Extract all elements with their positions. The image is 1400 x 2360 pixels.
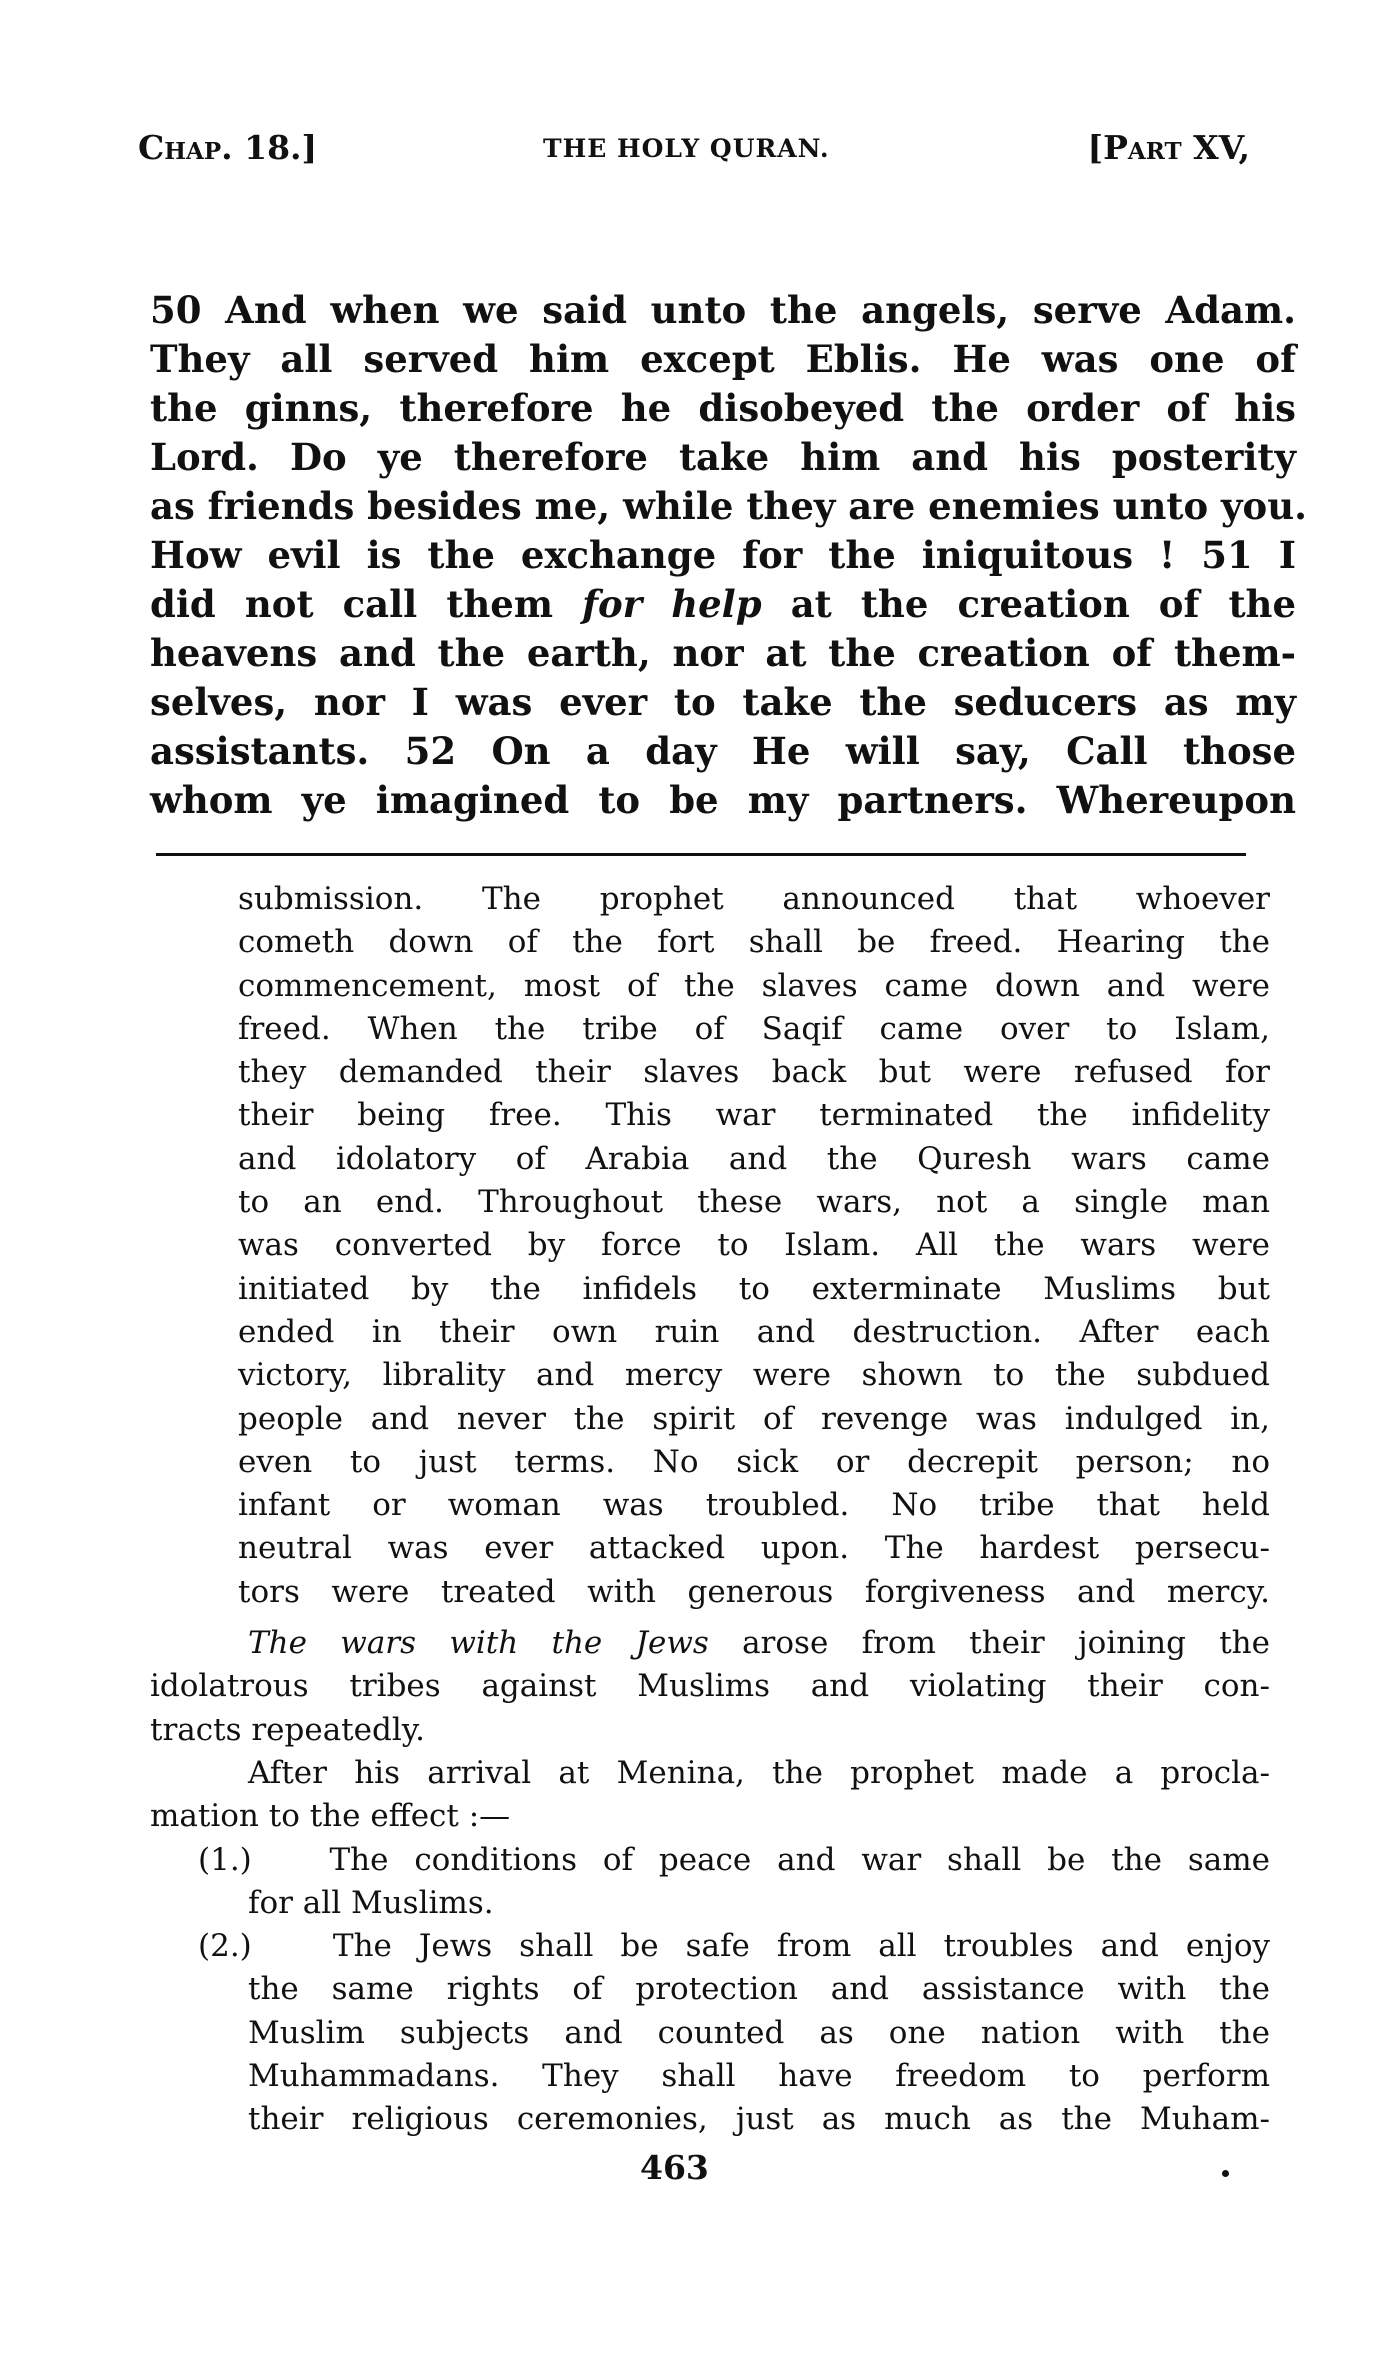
verse-line: 50 And when we said unto the angels, ser…: [150, 286, 1296, 335]
text-segment: arose from their joining the: [709, 1625, 1270, 1661]
italic-segment: for help: [582, 582, 762, 626]
part-label: [Part XV,: [1087, 128, 1250, 167]
footnote-text: submission. The prophet announced that w…: [150, 878, 1270, 2142]
footnote-divider: [156, 853, 1246, 856]
note-line: After his arrival at Menina, the prophet…: [150, 1752, 1270, 1795]
note-line: cometh down of the fort shall be freed. …: [150, 921, 1270, 964]
print-speck: [1222, 2170, 1229, 2177]
note-line: their being free. This war terminated th…: [150, 1094, 1270, 1137]
note-line: their religious ceremonies, just as much…: [150, 2098, 1270, 2141]
note-line: infant or woman was troubled. No tribe t…: [150, 1484, 1270, 1527]
text-segment: at the creation of the: [762, 582, 1296, 626]
verse-line: Lord. Do ye therefore take him and his p…: [150, 433, 1296, 482]
item-number: (1.): [198, 1842, 252, 1878]
verse-line: assistants. 52 On a day He will say, Cal…: [150, 727, 1296, 776]
note-line: submission. The prophet announced that w…: [150, 878, 1270, 921]
main-verse-text: 50 And when we said unto the angels, ser…: [150, 286, 1296, 825]
note-line: people and never the spirit of revenge w…: [150, 1398, 1270, 1441]
item-text: The Jews shall be safe from all troubles…: [333, 1928, 1270, 1964]
note-line: the same rights of protection and assist…: [150, 1968, 1270, 2011]
note-line: commencement, most of the slaves came do…: [150, 965, 1270, 1008]
item-number: (2.): [198, 1928, 252, 1964]
note-line: mation to the effect :—: [150, 1795, 1270, 1838]
note-line: The wars with the Jews arose from their …: [150, 1622, 1270, 1665]
book-title: THE HOLY QURAN.: [543, 134, 830, 163]
note-line: for all Muslims.: [150, 1882, 1270, 1925]
note-line: freed. When the tribe of Saqif came over…: [150, 1008, 1270, 1051]
verse-line: They all served him except Eblis. He was…: [150, 335, 1296, 384]
page-number: 463: [640, 2148, 709, 2187]
note-line: victory, librality and mercy were shown …: [150, 1354, 1270, 1397]
list-item: (1.) The conditions of peace and war sha…: [150, 1839, 1270, 1882]
note-line: neutral was ever attacked upon. The hard…: [150, 1527, 1270, 1570]
note-line: Muhammadans. They shall have freedom to …: [150, 2055, 1270, 2098]
note-line: and idolatory of Arabia and the Quresh w…: [150, 1138, 1270, 1181]
note-line: was converted by force to Islam. All the…: [150, 1224, 1270, 1267]
note-line: to an end. Throughout these wars, not a …: [150, 1181, 1270, 1224]
note-line: ended in their own ruin and destruction.…: [150, 1311, 1270, 1354]
italic-segment: The wars with the Jews: [248, 1625, 709, 1661]
note-line: tracts repeatedly.: [150, 1709, 1270, 1752]
verse-line: the ginns, therefore he disobeyed the or…: [150, 384, 1296, 433]
verse-line: How evil is the exchange for the iniquit…: [150, 531, 1296, 580]
note-line: Muslim subjects and counted as one natio…: [150, 2012, 1270, 2055]
note-line: they demanded their slaves back but were…: [150, 1051, 1270, 1094]
item-text: The conditions of peace and war shall be…: [329, 1842, 1270, 1878]
note-line: tors were treated with generous forgiven…: [150, 1571, 1270, 1614]
verse-line: heavens and the earth, nor at the creati…: [150, 629, 1296, 678]
running-header: Chap. 18.] THE HOLY QURAN. [Part XV,: [138, 128, 1250, 178]
verse-line: whom ye imagined to be my partners. Wher…: [150, 776, 1296, 825]
verse-line: as friends besides me, while they are en…: [150, 482, 1296, 531]
text-segment: did not call them: [150, 582, 582, 626]
chapter-label: Chap. 18.]: [138, 128, 317, 167]
verse-line: selves, nor I was ever to take the seduc…: [150, 678, 1296, 727]
note-line: even to just terms. No sick or decrepit …: [150, 1441, 1270, 1484]
verse-line: did not call them for help at the creati…: [150, 580, 1296, 629]
note-line: idolatrous tribes against Muslims and vi…: [150, 1665, 1270, 1708]
list-item: (2.) The Jews shall be safe from all tro…: [150, 1925, 1270, 1968]
note-line: initiated by the infidels to exterminate…: [150, 1268, 1270, 1311]
